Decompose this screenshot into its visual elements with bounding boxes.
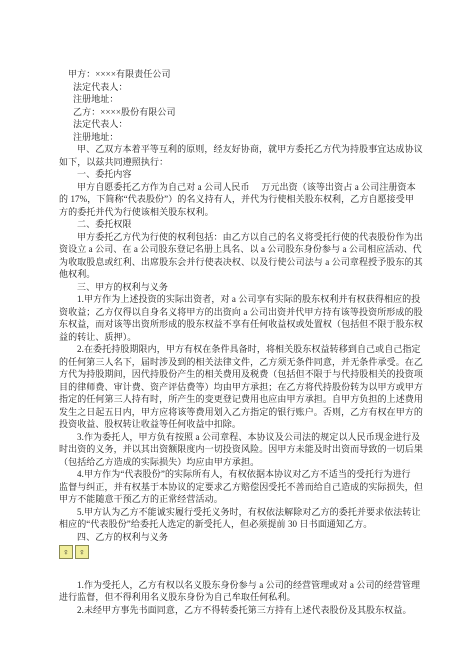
doc-line: 指定的任何第三人持有时，所产生的变更登记费用也应由甲方承担。自甲方负担的上述费用 [59,393,409,406]
section-2-heading: 二、委托权限 [59,218,409,231]
doc-line: 他权利。 [59,268,409,281]
doc-line: 5.甲方认为乙方不能诚实履行受托义务时，有权依法解除对乙方的委托并要求依法转让 [59,506,409,519]
doc-line: 2.未经甲方事先书面同意，乙方不得转委托第三方持有上述代表股份及其股东权益。 [59,604,409,617]
preamble-line: 如下，以兹共同遵照执行： [59,156,409,169]
section-4-heading: 四、乙方的权利与义务 [59,531,409,544]
doc-line: 方代为持股期间，因代持股份产生的相关费用及税费（包括但不限于与代持股相关的投资项 [59,368,409,381]
doc-line: 监督与纠正，并有权基于本协议的定要求乙方赔偿因受托不善而给自己造成的实际损失，但 [59,481,409,494]
embedded-icons-row: ♀ ♀ [59,545,409,559]
section-1-heading: 一、委托内容 [59,168,409,181]
doc-line: 资收益；乙方仅得以自身名义将甲方的出资向 a 公司出资并代甲方持有该等投资所形成… [59,306,409,319]
party-b-name-line: 乙方：××××股份有限公司 [59,106,409,119]
embedded-object-icon[interactable]: ♀ [75,545,89,559]
doc-line: 为收取股息或红利、出席股东会并行使表决权、以及行使公司法与 a 公司章程授予股东… [59,256,409,269]
anchor-glyph-icon: ♀ [63,548,70,557]
preamble-line: 甲、乙双方本着平等互利的原则，经友好协商，就甲方委托乙方代为持股事宜达成协议 [59,143,409,156]
doc-line: （包括给乙方造成的实际损失）均应由甲方承担。 [59,456,409,469]
section-3-heading: 三、甲方的权利与义务 [59,281,409,294]
party-a-name-line: 甲方：××××有限责任公司 [59,68,409,81]
doc-line: 方的委托并代为行使该相关股东权利。 [59,206,409,219]
embedded-object-icon[interactable]: ♀ [59,545,73,559]
doc-line: 甲方不能随意干预乙方的正常经营活动。 [59,493,409,506]
party-b-legal-rep-line: 法定代表人： [59,118,409,131]
doc-line: 的任何第三人名下，届时涉及到的相关法律文件，乙方须无条件同意，并无条件承受。在乙 [59,356,409,369]
doc-line: 1.甲方作为上述投资的实际出资者，对 a 公司享有实际的股东权利并有权获得相应的… [59,293,409,306]
doc-line: 4.甲方作为“代表股份”的实际所有人，有权依据本协议对乙方不适当的受托行为进行 [59,468,409,481]
doc-line: 时出资的义务，并以其出资额限度内一切投资风险。因甲方未能及时出资而导致的一切后果 [59,443,409,456]
doc-line: 的 17%，下简称“代表股份”）的名义持有人，并代为行使相关股东权利，乙方自愿接… [59,193,409,206]
blank-line [59,566,409,579]
doc-line: 甲方自愿委托乙方作为自己对 a 公司人民币 万元出资（该等出资占 a 公司注册资… [59,181,409,194]
doc-line: 甲方委托乙方代为行使的权利包括：由乙方以自己的名义将受托行使的代表股份作为出 [59,231,409,244]
doc-line: 益的转让、质押）。 [59,331,409,344]
doc-line: 2.在委托持股期限内，甲方有权在条件具备时，将相关股东权益转移到自己或自己指定 [59,343,409,356]
doc-line: 东权益，而对该等出资所形成的股东权益不享有任何收益权或处置权（包括但不限于股东权 [59,318,409,331]
doc-line: 目的律师费、审计费、资产评估费等）均由甲方承担；在乙方将代持股份转为以甲方或甲方 [59,381,409,394]
doc-line: 1.作为受托人，乙方有权以名义股东身份参与 a 公司的经营管理或对 a 公司的经… [59,579,409,592]
party-a-address-line: 注册地址： [59,93,409,106]
party-b-address-line: 注册地址： [59,131,409,144]
anchor-glyph-icon: ♀ [79,548,86,557]
doc-line: 投资收益、股权转让收益等任何收益中扣除。 [59,418,409,431]
doc-line: 进行监督，但不得利用名义股东身份为自己牟取任何私利。 [59,591,409,604]
doc-line: 3.作为委托人，甲方负有按照 a 公司章程、本协议及公司法的规定以人民币现金进行… [59,431,409,444]
doc-line: 相应的“代表股份”给委托人选定的新受托人，但必须提前 30 日书面通知乙方。 [59,518,409,531]
doc-line: 发生之日起五日内，甲方应将该等费用划入乙方指定的银行账户。否则，乙方有权在甲方的 [59,406,409,419]
document-page: 甲方：××××有限责任公司 法定代表人： 注册地址： 乙方：××××股份有限公司… [59,68,409,616]
doc-line: 资设立 a 公司、在 a 公司股东登记名册上具名、以 a 公司股东身份参与 a … [59,243,409,256]
party-a-legal-rep-line: 法定代表人： [59,81,409,94]
